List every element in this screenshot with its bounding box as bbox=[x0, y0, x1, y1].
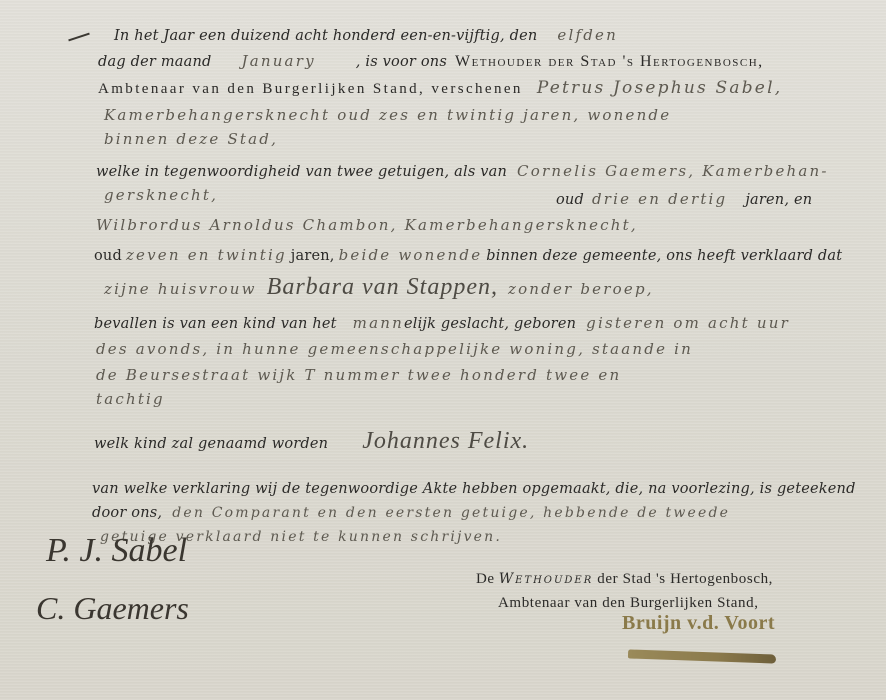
handwritten-child-name: Johannes Felix. bbox=[362, 428, 529, 454]
handwritten-witness-1: Cornelis Gaemers, Kamerbehan- bbox=[517, 162, 829, 180]
printed-text: jaren, en bbox=[745, 192, 812, 208]
handwritten-mother-name: Barbara van Stappen, bbox=[267, 274, 498, 300]
printed-text: dag der maand bbox=[98, 54, 211, 70]
record-line-2: dag der maand January , is voor ons Weth… bbox=[98, 52, 764, 71]
printed-text: welk kind zal genaamd worden bbox=[94, 436, 328, 452]
handwritten-text: tachtig bbox=[96, 390, 165, 408]
handwritten-text: des avonds, in hunne gemeenschappelijke … bbox=[96, 340, 693, 358]
handwritten-occupation: zonder beroep, bbox=[508, 280, 654, 298]
handwritten-age: zeven en twintig bbox=[126, 246, 287, 264]
handwritten-birth-time: gisteren om acht uur bbox=[586, 314, 790, 332]
handwritten-text: den Comparant en den eersten getuige, he… bbox=[172, 505, 730, 521]
printed-text: oud bbox=[94, 248, 122, 264]
printed-text: In het Jaar een duizend acht honderd een… bbox=[114, 28, 537, 44]
signature-flourish bbox=[628, 649, 776, 663]
handwritten-text: zijne huisvrouw bbox=[104, 280, 257, 298]
handwritten-day: elfden bbox=[557, 26, 618, 44]
record-line-6: welke in tegenwoordigheid van twee getui… bbox=[96, 162, 829, 181]
record-line-15: welk kind zal genaamd worden Johannes Fe… bbox=[94, 428, 529, 455]
margin-dash bbox=[68, 33, 90, 42]
handwritten-text: gersknecht, bbox=[104, 186, 218, 204]
printed-text: welke in tegenwoordigheid van twee getui… bbox=[96, 164, 507, 180]
record-line-1: In het Jaar een duizend acht honderd een… bbox=[114, 26, 618, 45]
record-line-12: des avonds, in hunne gemeenschappelijke … bbox=[96, 340, 693, 359]
record-line-13: de Beursestraat wijk T nummer twee honde… bbox=[96, 366, 621, 385]
handwritten-text: binnen deze Stad, bbox=[104, 130, 278, 148]
signature-clerk: Bruijn v.d. Voort bbox=[622, 612, 775, 635]
signature-father: P. J. Sabel bbox=[46, 532, 187, 570]
handwritten-age: drie en dertig bbox=[592, 190, 727, 208]
printed-text: van welke verklaring wij de tegenwoordig… bbox=[92, 481, 856, 497]
birth-record-page: In het Jaar een duizend acht honderd een… bbox=[0, 0, 886, 700]
printed-official-title: Wethouder bbox=[499, 571, 594, 587]
printed-text: bevallen is van een kind van het bbox=[94, 316, 337, 332]
printed-text: elijk geslacht, geboren bbox=[404, 316, 576, 332]
printed-text: der Stad 's Hertogenbosch, bbox=[597, 571, 773, 587]
handwritten-gender: mann bbox=[353, 314, 404, 332]
record-line-16: van welke verklaring wij de tegenwoordig… bbox=[92, 480, 856, 498]
record-line-4: Kamerbehangersknecht oud zes en twintig … bbox=[104, 106, 671, 125]
printed-text: binnen deze gemeente, ons heeft verklaar… bbox=[486, 248, 842, 264]
record-line-11: bevallen is van een kind van het manneli… bbox=[94, 314, 790, 333]
printed-official-title: Wethouder der Stad 's Hertogenbosch, bbox=[455, 53, 764, 70]
printed-text: jaren, bbox=[291, 248, 335, 264]
handwritten-text: beide wonende bbox=[339, 246, 483, 264]
record-line-9: oud zeven en twintig jaren, beide wonend… bbox=[94, 246, 842, 265]
printed-text: door ons, bbox=[92, 505, 162, 521]
handwritten-month: January bbox=[241, 52, 315, 70]
record-line-8: Wilbrordus Arnoldus Chambon, Kamerbehang… bbox=[96, 216, 638, 235]
handwritten-address: de Beursestraat wijk T nummer twee honde… bbox=[96, 366, 621, 384]
record-line-5: binnen deze Stad, bbox=[104, 130, 278, 149]
record-line-3: Ambtenaar van den Burgerlijken Stand, ve… bbox=[98, 78, 782, 98]
record-line-7: gersknecht, oud drie en dertig jaren, en bbox=[104, 186, 824, 205]
handwritten-text: Kamerbehangersknecht oud zes en twintig … bbox=[104, 106, 671, 124]
printed-text: De bbox=[476, 571, 495, 587]
record-line-10: zijne huisvrouw Barbara van Stappen, zon… bbox=[104, 274, 654, 301]
footer-line-2: Ambtenaar van den Burgerlijken Stand, bbox=[498, 594, 759, 612]
printed-text: Ambtenaar van den Burgerlijken Stand, ve… bbox=[98, 81, 523, 97]
printed-text: Ambtenaar van den Burgerlijken Stand, bbox=[498, 595, 759, 611]
handwritten-witness-2: Wilbrordus Arnoldus Chambon, Kamerbehang… bbox=[96, 216, 638, 234]
footer-line-1: De Wethouder der Stad 's Hertogenbosch, bbox=[476, 570, 773, 588]
printed-text: oud bbox=[556, 192, 584, 208]
printed-text: , is voor ons bbox=[356, 54, 447, 70]
handwritten-father-name: Petrus Josephus Sabel, bbox=[537, 78, 782, 98]
record-line-14: tachtig bbox=[96, 390, 165, 409]
signature-witness: C. Gaemers bbox=[36, 590, 189, 627]
record-line-17: door ons, den Comparant en den eersten g… bbox=[92, 504, 730, 522]
